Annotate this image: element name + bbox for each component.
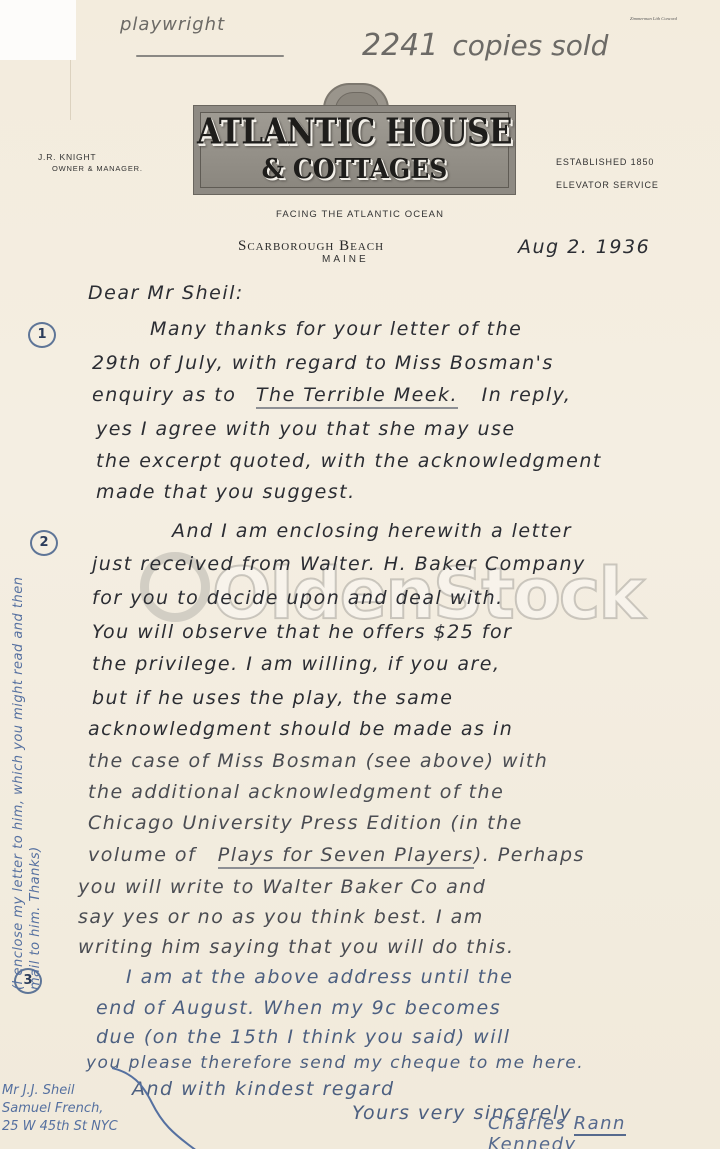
book-title-plays-for-seven-players: Plays for Seven Players <box>218 844 474 869</box>
body-line: volume of Plays for Seven Players). Perh… <box>88 844 585 866</box>
body-line: You will observe that he offers $25 for <box>92 621 512 643</box>
pencil-underline <box>136 55 284 57</box>
body-line: for you to decide upon and deal with. <box>92 587 504 609</box>
copies-count: 2241 <box>362 28 438 63</box>
body-line: I am at the above address until the <box>126 966 513 988</box>
letterhead-owner: J.R. KNIGHT OWNER & MANAGER. <box>38 151 143 175</box>
body-line: Many thanks for your letter of the <box>150 318 522 340</box>
body-line: the privilege. I am willing, if you are, <box>92 653 501 675</box>
play-title-terrible-meek: The Terrible Meek. <box>256 384 458 409</box>
body-line: the excerpt quoted, with the acknowledgm… <box>96 450 602 472</box>
body-line: acknowledgment should be made as in <box>88 718 513 740</box>
letterhead-info: ESTABLISHED 1850 ELEVATOR SERVICE <box>556 151 659 197</box>
recipient-name: Mr J.J. Sheil <box>2 1082 118 1100</box>
hotel-logo: ATLANTIC HOUSE & COTTAGES <box>193 83 516 195</box>
body-line: the additional acknowledgment of the <box>88 781 504 803</box>
body-line: just received from Walter. H. Baker Comp… <box>92 553 586 575</box>
body-line: the case of Miss Bosman (see above) with <box>88 750 548 772</box>
printer-mark: Zimmerman Lith Concord <box>630 16 677 21</box>
body-line: you will write to Walter Baker Co and <box>78 876 486 898</box>
torn-corner <box>0 0 76 60</box>
letterhead-state: MAINE <box>322 254 369 265</box>
body-line: made that you suggest. <box>96 481 356 503</box>
recipient-street: 25 W 45th St NYC <box>2 1118 118 1136</box>
pencil-note-copies-sold: 2241copies sold <box>362 28 608 63</box>
body-line: 29th of July, with regard to Miss Bosman… <box>92 352 554 374</box>
margin-note: (I enclose my letter to him, which you m… <box>10 570 44 990</box>
body-line: enquiry as to The Terrible Meek. In repl… <box>92 384 571 406</box>
body-line: writing him saying that you will do this… <box>78 936 515 958</box>
letter-date: Aug 2. 1936 <box>518 236 650 258</box>
address-note: Mr J.J. Sheil Samuel French, 25 W 45th S… <box>2 1082 118 1136</box>
pencil-note-playwright: playwright <box>120 14 225 35</box>
logo-signboard: ATLANTIC HOUSE & COTTAGES <box>193 105 516 195</box>
paragraph-marker-1: 1 <box>28 322 56 348</box>
logo-title: ATLANTIC HOUSE <box>194 111 515 152</box>
body-line: due (on the 15th I think you said) will <box>96 1026 511 1048</box>
letterhead-tagline: FACING THE ATLANTIC OCEAN <box>0 209 720 220</box>
body-line: end of August. When my 9c becomes <box>96 997 501 1019</box>
letterhead-city: Scarborough Beach <box>238 238 384 255</box>
recipient-company: Samuel French, <box>2 1100 118 1118</box>
ink-stroke-icon <box>112 1063 202 1149</box>
body-line: but if he uses the play, the same <box>92 687 453 709</box>
paper-fold <box>70 60 71 120</box>
salutation: Dear Mr Sheil: <box>88 282 244 304</box>
elevator-service: ELEVATOR SERVICE <box>556 174 659 197</box>
established-year: ESTABLISHED 1850 <box>556 151 659 174</box>
body-line: yes I agree with you that she may use <box>96 418 516 440</box>
body-line: say yes or no as you think best. I am <box>78 906 484 928</box>
logo-subtitle: & COTTAGES <box>194 153 515 185</box>
body-line: And I am enclosing herewith a letter <box>172 520 572 542</box>
copies-label: copies sold <box>452 29 608 62</box>
owner-name: J.R. KNIGHT <box>38 151 143 163</box>
signature: Charles Rann Kennedy <box>488 1113 720 1149</box>
signature-first-name: Charles <box>488 1113 566 1134</box>
body-line: Chicago University Press Edition (in the <box>88 812 523 834</box>
paragraph-marker-2: 2 <box>30 530 58 556</box>
owner-title: OWNER & MANAGER. <box>38 163 143 175</box>
